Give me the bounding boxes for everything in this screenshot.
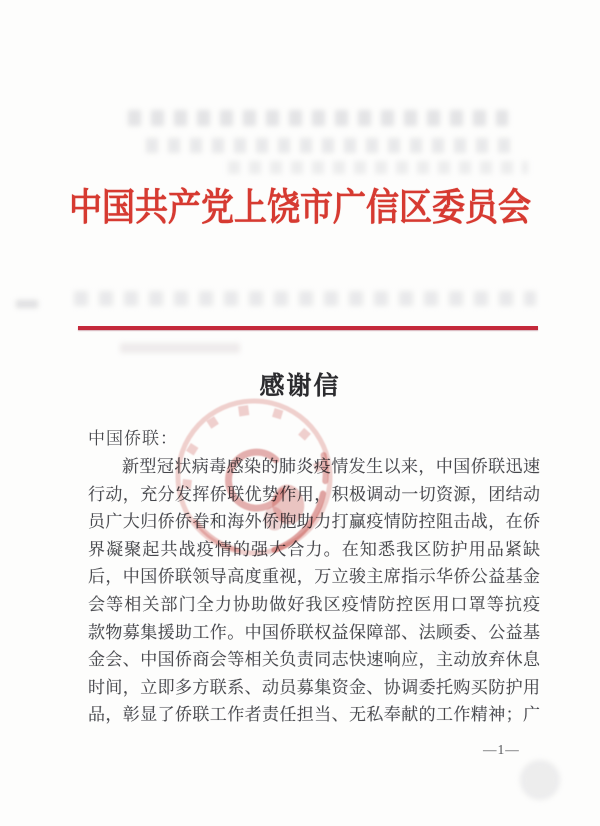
letter-body: 新型冠状病毒感染的肺炎疫情发生以来，中国侨联迅速 行动，充分发挥侨联优势作用，积… bbox=[88, 453, 540, 729]
body-line: 员广大归侨侨眷和海外侨胞助力打赢疫情防控阻击战，在侨 bbox=[88, 508, 540, 536]
body-line: 行动，充分发挥侨联优势作用，积极调动一切资源，团结动 bbox=[88, 481, 540, 509]
body-line: 界凝聚起共战疫情的强大合力。在知悉我区防护用品紧缺 bbox=[88, 536, 540, 564]
scanned-letter-page: 中国共产党上饶市广信区委员会 感谢信 中国侨联： 新型冠状病毒感染的肺炎疫情发生… bbox=[0, 0, 600, 826]
letter-title: 感谢信 bbox=[0, 366, 600, 402]
scan-artifact bbox=[74, 291, 536, 306]
scan-artifact bbox=[120, 343, 240, 353]
letterhead-divider bbox=[78, 326, 538, 330]
scan-artifact bbox=[16, 300, 38, 308]
scan-artifact bbox=[146, 138, 518, 153]
body-line: 金会、中国侨商会等相关负责同志快速响应，主动放弃休息 bbox=[88, 646, 540, 674]
page-number: —1— bbox=[483, 742, 520, 758]
body-line: 后，中国侨联领导高度重视，万立骏主席指示华侨公益基金 bbox=[88, 563, 540, 591]
body-line: 会等相关部门全力协助做好我区疫情防控医用口罩等抗疫 bbox=[88, 591, 540, 619]
body-line: 品，彰显了侨联工作者责任担当、无私奉献的工作精神；广 bbox=[88, 701, 540, 729]
letterhead-title: 中国共产党上饶市广信区委员会 bbox=[30, 178, 570, 232]
body-line: 时间，立即多方联系、动员募集资金、协调委托购买防护用 bbox=[88, 674, 540, 702]
scan-artifact bbox=[520, 760, 560, 800]
body-line: 新型冠状病毒感染的肺炎疫情发生以来，中国侨联迅速 bbox=[88, 453, 540, 481]
scan-artifact bbox=[128, 110, 508, 126]
salutation: 中国侨联： bbox=[88, 424, 178, 449]
body-line: 款物募集援助工作。中国侨联权益保障部、法顾委、公益基 bbox=[88, 619, 540, 647]
scan-artifact bbox=[228, 161, 528, 174]
